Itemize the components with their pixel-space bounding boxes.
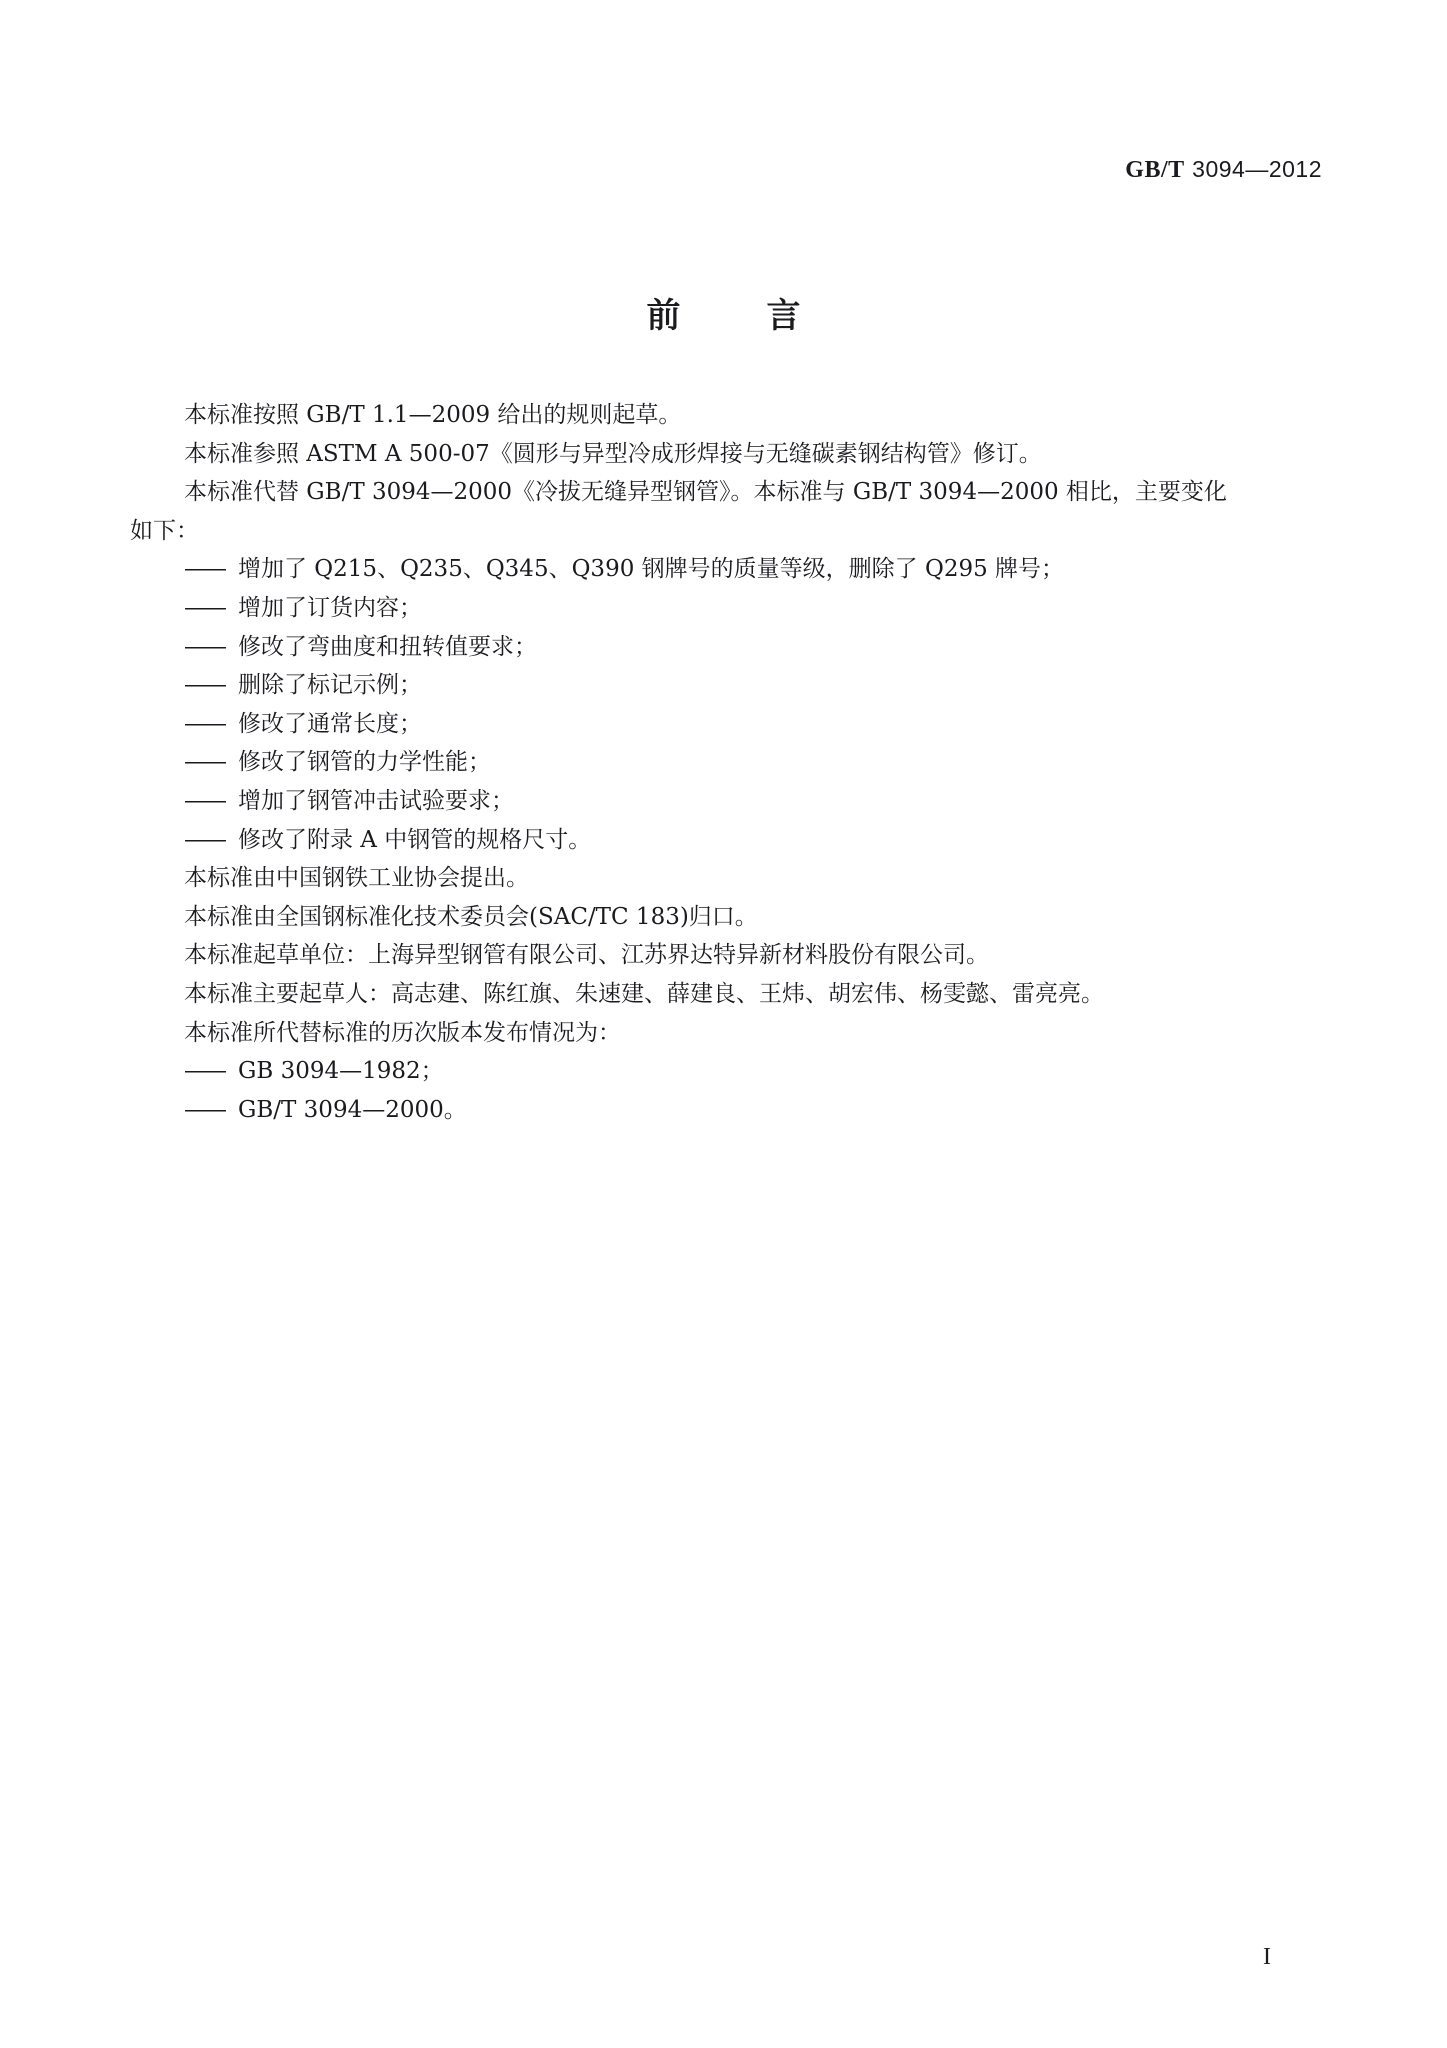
list-item: ——增加了订货内容； <box>130 589 1320 628</box>
history-list: ——GB 3094—1982； ——GB/T 3094—2000。 <box>130 1052 1320 1129</box>
paragraph-replaces-continued: 如下： <box>130 512 1320 551</box>
list-item: ——修改了附录 A 中钢管的规格尺寸。 <box>130 821 1320 860</box>
changes-list: ——增加了 Q215、Q235、Q345、Q390 钢牌号的质量等级，删除了 Q… <box>130 550 1320 859</box>
paragraph-proposed-by: 本标准由中国钢铁工业协会提出。 <box>130 859 1320 898</box>
paragraph-reference-standard: 本标准参照 ASTM A 500-07《圆形与异型冷成形焊接与无缝碳素钢结构管》… <box>130 435 1320 474</box>
title-char-1: 前 <box>647 288 681 337</box>
em-dash: —— <box>184 550 238 589</box>
list-item: ——增加了钢管冲击试验要求； <box>130 782 1320 821</box>
list-item: ——增加了 Q215、Q235、Q345、Q390 钢牌号的质量等级，删除了 Q… <box>130 550 1320 589</box>
list-item: ——修改了通常长度； <box>130 705 1320 744</box>
paragraph-drafters: 本标准主要起草人：高志建、陈红旗、朱速建、薛建良、王炜、胡宏伟、杨雯懿、雷亮亮。 <box>130 975 1320 1014</box>
foreword-body: 本标准按照 GB/T 1.1—2009 给出的规则起草。 本标准参照 ASTM … <box>130 396 1320 1129</box>
paragraph-replaces: 本标准代替 GB/T 3094—2000《冷拔无缝异型钢管》。本标准与 GB/T… <box>130 473 1320 512</box>
em-dash: —— <box>184 743 238 782</box>
list-item: ——修改了弯曲度和扭转值要求； <box>130 628 1320 667</box>
standard-code: GB/T 3094—2012 <box>1125 156 1322 184</box>
page-title: 前言 <box>0 288 1447 337</box>
standard-prefix: GB/T <box>1125 157 1184 183</box>
paragraph-administered-by: 本标准由全国钢标准化技术委员会(SAC/TC 183)归口。 <box>130 898 1320 937</box>
title-char-2: 言 <box>767 288 801 337</box>
em-dash: —— <box>184 666 238 705</box>
em-dash: —— <box>184 782 238 821</box>
list-item: ——删除了标记示例； <box>130 666 1320 705</box>
list-item: ——修改了钢管的力学性能； <box>130 743 1320 782</box>
paragraph-drafting-rules: 本标准按照 GB/T 1.1—2009 给出的规则起草。 <box>130 396 1320 435</box>
em-dash: —— <box>184 705 238 744</box>
standard-number: 3094—2012 <box>1192 156 1322 182</box>
em-dash: —— <box>184 628 238 667</box>
list-item: ——GB 3094—1982； <box>130 1052 1320 1091</box>
paragraph-drafting-units: 本标准起草单位：上海异型钢管有限公司、江苏界达特异新材料股份有限公司。 <box>130 936 1320 975</box>
paragraph-history-intro: 本标准所代替标准的历次版本发布情况为： <box>130 1014 1320 1053</box>
list-item: ——GB/T 3094—2000。 <box>130 1091 1320 1130</box>
em-dash: —— <box>184 821 238 860</box>
page-number: I <box>1263 1944 1271 1971</box>
em-dash: —— <box>184 1091 238 1130</box>
em-dash: —— <box>184 1052 238 1091</box>
em-dash: —— <box>184 589 238 628</box>
